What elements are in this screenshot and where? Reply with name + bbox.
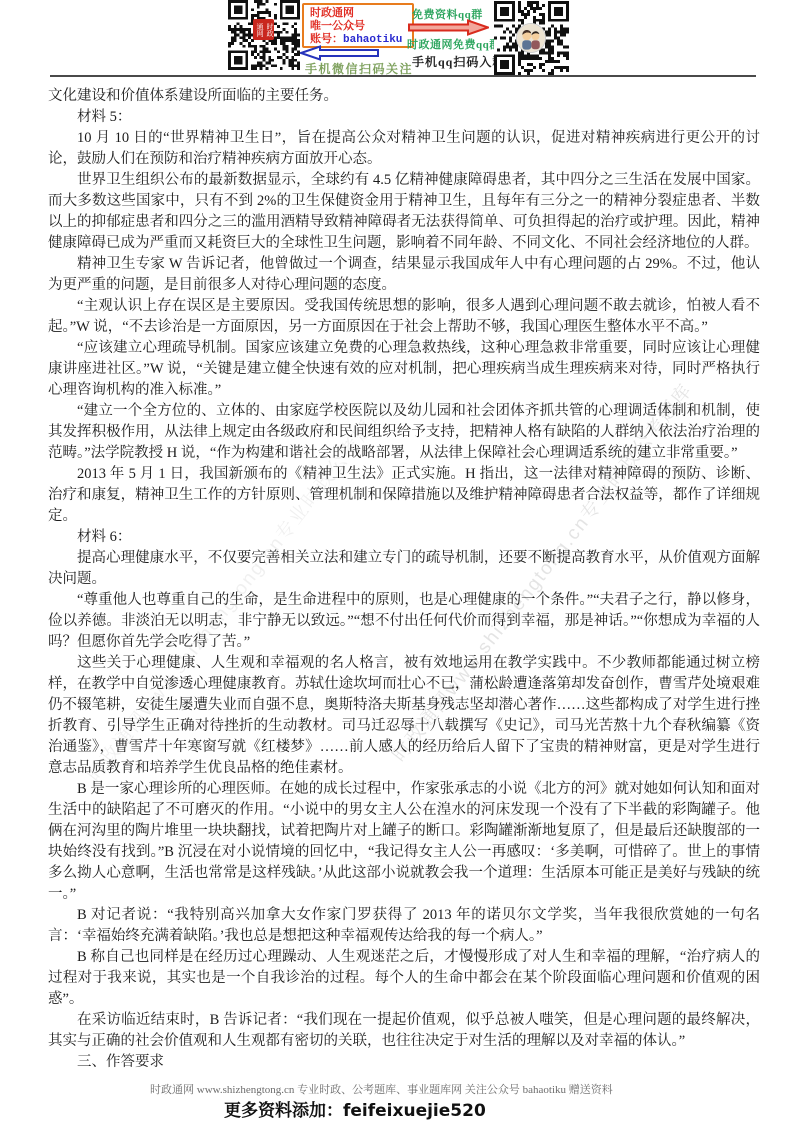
footer-contact-label: 更多资料添加： <box>224 1101 343 1120</box>
left-arrow-icon <box>300 45 379 61</box>
body-paragraph: 提高心理健康水平，不仅要完善相关立法和建立专门的疏导机制，还要不断提高教育水平，… <box>48 548 760 590</box>
official-account-box: 时政通网 唯一公众号 账号：bahaotiku <box>302 3 414 48</box>
body-paragraph: 世界卫生组织公布的最新数据显示，全球约有 4.5 亿精神健康障碍患者，其中四分之… <box>48 170 760 254</box>
body-paragraph: B 对记者说：“我特别高兴加拿大女作家门罗获得了 2013 年的诺贝尔文学奖，当… <box>48 905 760 947</box>
body-paragraph: 2013 年 5 月 1 日，我国新颁布的《精神卫生法》正式实施。H 指出，这一… <box>48 464 760 527</box>
footer-site-info: 时政通网 www.shizhengtong.cn 专业时政、公考题库、事业题库网… <box>150 1081 613 1097</box>
material-6-heading: 材料 6： <box>48 527 760 548</box>
section-3-heading: 三、作答要求 <box>48 1052 760 1073</box>
right-arrow-icon <box>408 19 489 36</box>
body-paragraph: “建立一个全方位的、立体的、由家庭学校医院以及幼儿园和社会团体齐抓共管的心理调适… <box>48 401 760 464</box>
body-paragraph: “主观认识上存在误区是主要原因。受我国传统思想的影响，很多人遇到心理问题不敢去就… <box>48 296 760 338</box>
body-paragraph: 10 月 10 日的“世界精神卫生日”，旨在提高公众对精神卫生问题的认识，促进对… <box>48 128 760 170</box>
site-seal-logo: 时政通网 <box>253 19 274 40</box>
body-paragraph: 精神卫生专家 W 告诉记者，他曾做过一个调查，结果显示我国成年人中有心理问题的占… <box>48 254 760 296</box>
body-paragraph: B 是一家心理诊所的心理医师。在她的成长过程中，作家张承志的小说《北方的河》就对… <box>48 779 760 905</box>
body-paragraph: 在采访临近结束时，B 告诉记者：“我们现在一提起价值观，似乎总被人嗤笑，但是心理… <box>48 1010 760 1052</box>
material-5-heading: 材料 5： <box>48 107 760 128</box>
account-label: 账号： <box>310 33 343 45</box>
qq-group-label-bottom: 时政通网免费qq群 <box>407 36 501 52</box>
body-paragraph: “应该建立心理疏导机制。国家应该建立免费的心理急救热线，这种心理急救非常重要，同… <box>48 338 760 401</box>
document-body: 文化建设和价值体系建设所面临的主要任务。 材料 5： 10 月 10 日的“世界… <box>48 86 760 1073</box>
avatar-illustration <box>517 24 545 52</box>
qq-scan-caption: 手机qq扫码入群 <box>412 53 505 70</box>
account-box-line1: 时政通网 <box>310 7 406 20</box>
header-divider <box>50 75 756 77</box>
qq-group-avatar <box>517 24 545 52</box>
footer-contact-id: feifeixuejie520 <box>343 1101 486 1121</box>
document-page: 时政通网 时政通网 唯一公众号 账号：bahaotiku 手机微信扫码关注 免费… <box>0 0 800 1132</box>
body-paragraph: B 称自己也同样是在经历过心理躁动、人生观迷茫之后，才慢慢形成了对人生和幸福的理… <box>48 947 760 1010</box>
account-box-line2: 唯一公众号 <box>310 20 406 33</box>
body-paragraph: 文化建设和价值体系建设所面临的主要任务。 <box>48 86 760 107</box>
footer-contact: 更多资料添加：feifeixuejie520 <box>224 1096 486 1121</box>
body-paragraph: “尊重他人也尊重自己的生命，是生命进程中的原则，也是心理健康的一个条件。”“夫君… <box>48 590 760 653</box>
body-paragraph: 这些关于心理健康、人生观和幸福观的名人格言，被有效地运用在教学实践中。不少教师都… <box>48 653 760 779</box>
